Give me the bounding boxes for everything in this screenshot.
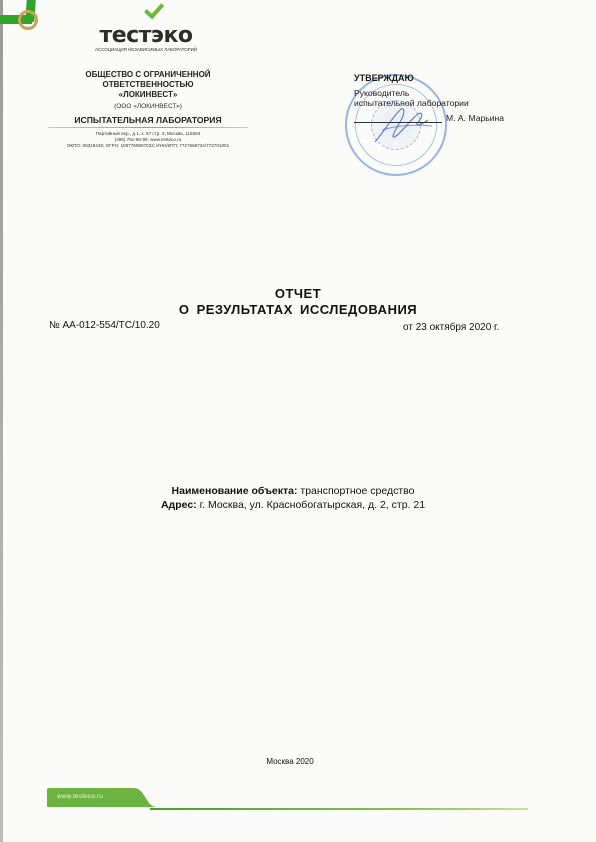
org-name-line3: «ЛОКИНВЕСТ» (48, 90, 248, 100)
object-address-value: г. Москва, ул. Краснобогатырская, д. 2, … (200, 499, 425, 511)
approval-title: УТВЕРЖДАЮ (354, 73, 554, 84)
footer-website-tab: www.testeco.ru (47, 788, 157, 806)
city-year: Москва 2020 (0, 757, 580, 766)
report-title-line2: О РЕЗУЛЬТАТАХ ИССЛЕДОВАНИЯ (0, 302, 596, 317)
object-name-value: транспортное средство (300, 485, 414, 497)
report-title-line1: ОТЧЕТ (0, 286, 596, 301)
report-date: от 23 октября 2020 г. (403, 322, 499, 333)
header-divider (48, 127, 248, 128)
logo-brand: ТЕСТЭКО (92, 26, 200, 46)
lab-name: ИСПЫТАТЕЛЬНАЯ ЛАБОРАТОРИЯ (48, 115, 248, 125)
page-edge (0, 0, 3, 842)
org-registry: ОКПО: 88318449; ОГРН: 1087760697033; ИНН… (48, 143, 248, 149)
object-address-row: Адрес: г. Москва, ул. Краснобогатырская,… (0, 498, 586, 512)
organization-header: ОБЩЕСТВО С ОГРАНИЧЕННОЙ ОТВЕТСТВЕННОСТЬЮ… (48, 70, 248, 148)
org-name-line2: ОТВЕТСТВЕННОСТЬЮ (48, 80, 248, 90)
org-name-line1: ОБЩЕСТВО С ОГРАНИЧЕННОЙ (48, 70, 248, 80)
object-info: Наименование объекта: транспортное средс… (0, 484, 586, 512)
signature-line: М. А. Марьина (354, 113, 554, 125)
footer-website: www.testeco.ru (57, 793, 103, 800)
approval-block: УТВЕРЖДАЮ Руководитель испытательной лаб… (354, 73, 554, 125)
object-address-label: Адрес: (161, 499, 197, 511)
approver-position-line1: Руководитель (354, 88, 554, 99)
approver-name: М. А. Марьина (446, 113, 504, 124)
footer-divider (150, 808, 528, 810)
report-number: № АА-012-554/ТС/10.20 (49, 320, 160, 331)
signature-rule (354, 122, 442, 123)
approver-position-line2: испытательной лаборатории (354, 98, 554, 109)
report-title: ОТЧЕТ О РЕЗУЛЬТАТАХ ИССЛЕДОВАНИЯ (0, 286, 596, 317)
grommet-icon (18, 10, 38, 30)
org-short-name: (ООО «ЛОКИНВЕСТ») (48, 103, 248, 110)
checkmark-icon (144, 0, 164, 19)
logo-tagline: АССОЦИАЦИЯ НЕЗАВИСИМЫХ ЛАБОРАТОРИЙ (92, 47, 200, 52)
object-name-row: Наименование объекта: транспортное средс… (0, 484, 586, 498)
testeco-logo: ТЕСТЭКО АССОЦИАЦИЯ НЕЗАВИСИМЫХ ЛАБОРАТОР… (92, 14, 200, 52)
object-name-label: Наименование объекта: (172, 485, 298, 497)
